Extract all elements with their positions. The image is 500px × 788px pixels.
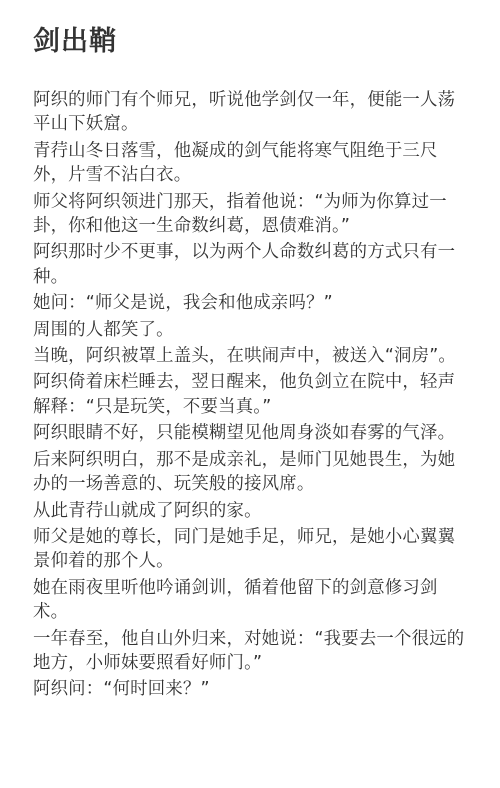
article: 剑出鞘 阿织的师门有个师兄，听说他学剑仅一年，便能一人荡平山下妖窟。 青荇山冬日… [0,0,500,702]
paragraph: 她在雨夜里听他吟诵剑训，循着他留下的剑意修习剑术。 [33,576,468,625]
paragraph: 阿织的师门有个师兄，听说他学剑仅一年，便能一人荡平山下妖窟。 [33,88,468,137]
paragraph: 她问：“师父是说，我会和他成亲吗？” [33,291,468,315]
paragraph: 师父将阿织领进门那天，指着他说：“为师为你算过一卦，你和他这一生命数纠葛，恩债难… [33,190,468,239]
article-body: 阿织的师门有个师兄，听说他学剑仅一年，便能一人荡平山下妖窟。 青荇山冬日落雪，他… [33,88,468,702]
paragraph: 从此青荇山就成了阿织的家。 [33,499,468,523]
paragraph: 当晚，阿织被罩上盖头，在哄闹声中，被送入“洞房”。 [33,344,468,368]
article-title: 剑出鞘 [33,26,468,58]
paragraph: 青荇山冬日落雪，他凝成的剑气能将寒气阻绝于三尺外，片雪不沾白衣。 [33,139,468,188]
paragraph: 师父是她的尊长，同门是她手足，师兄，是她小心翼翼景仰着的那个人。 [33,525,468,574]
paragraph: 阿织眼睛不好，只能模糊望见他周身淡如春雾的气泽。 [33,421,468,445]
paragraph: 阿织那时少不更事，以为两个人命数纠葛的方式只有一种。 [33,240,468,289]
paragraph: 阿织问：“何时回来？” [33,677,468,701]
paragraph: 周围的人都笑了。 [33,318,468,342]
paragraph: 阿织倚着床栏睡去，翌日醒来，他负剑立在院中，轻声解释：“只是玩笑，不要当真。” [33,370,468,419]
paragraph: 一年春至，他自山外归来，对她说：“我要去一个很远的地方，小师妹要照看好师门。” [33,627,468,676]
paragraph: 后来阿织明白，那不是成亲礼，是师门见她畏生，为她办的一场善意的、玩笑般的接风席。 [33,448,468,497]
